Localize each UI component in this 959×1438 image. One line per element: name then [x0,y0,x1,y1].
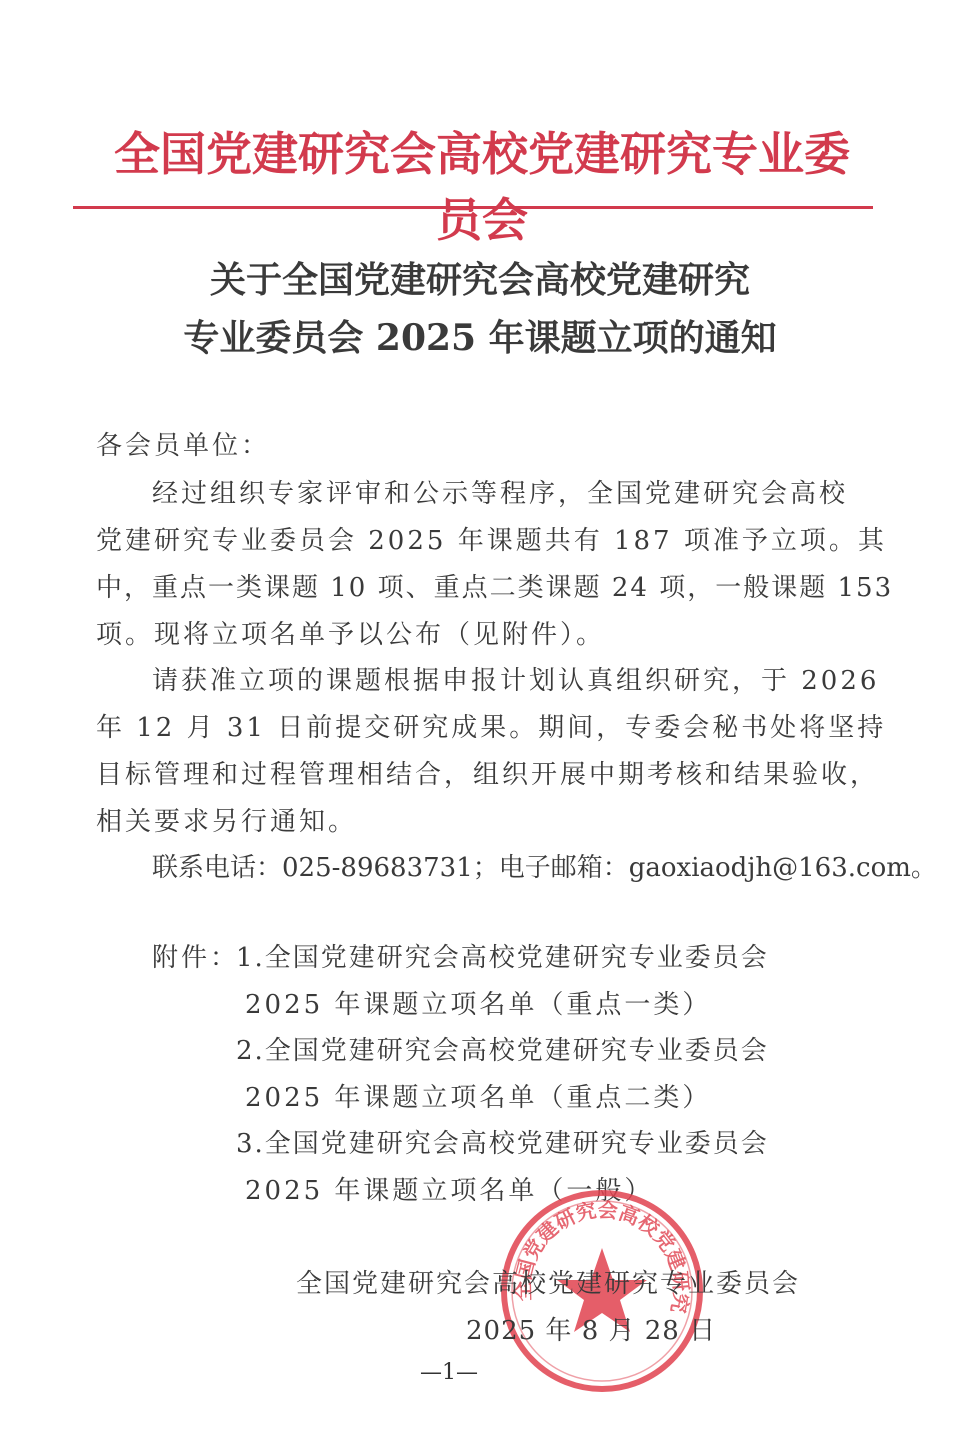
paragraph2-line: 目标管理和过程管理相结合，组织开展中期考核和结果验收， [96,754,879,791]
attachment-item-3: 3.全国党建研究会高校党建研究专业委员会 [236,1123,769,1160]
salutation: 各会员单位： [96,425,270,462]
attachment-item-1-line2: 2025 年课题立项名单（重点一类） [245,984,711,1021]
attachments-label: 附件： [152,937,239,974]
signature-date: 2025 年 8 月 28 日 [466,1310,716,1347]
attachment-item-2-line2: 2025 年课题立项名单（重点二类） [245,1077,711,1114]
paragraph1-line: 经过组织专家评审和公示等程序，全国党建研究会高校 [152,473,848,510]
letterhead-org-name: 全国党建研究会高校党建研究专业委员会 [92,118,872,250]
paragraph1-line: 项。现将立项名单予以公布（见附件）。 [96,614,605,651]
paragraph1-line: 中，重点一类课题 10 项、重点二类课题 24 项，一般课题 153 [96,567,893,604]
attachment-item-1: 1.全国党建研究会高校党建研究专业委员会 [236,937,769,974]
paragraph2-line: 相关要求另行通知。 [96,801,357,838]
paragraph1-line: 党建研究专业委员会 2025 年课题共有 187 项准予立项。其 [96,520,887,557]
signature-org: 全国党建研究会高校党建研究专业委员会 [296,1263,800,1300]
notice-title-line1: 关于全国党建研究会高校党建研究 [100,252,860,303]
letterhead-red-rule [73,206,873,209]
attachment-item-2: 2.全国党建研究会高校党建研究专业委员会 [236,1030,769,1067]
contact-info: 联系电话：025-89683731；电子邮箱：gaoxiaodjh@163.co… [152,847,937,884]
paragraph2-line: 请获准立项的课题根据申报计划认真组织研究，于 2026 [152,660,879,697]
page-number: —1— [420,1360,478,1385]
notice-title-line2: 专业委员会 2025 年课题立项的通知 [100,310,860,361]
paragraph2-line: 年 12 月 31 日前提交研究成果。期间，专委会秘书处将坚持 [96,707,886,744]
